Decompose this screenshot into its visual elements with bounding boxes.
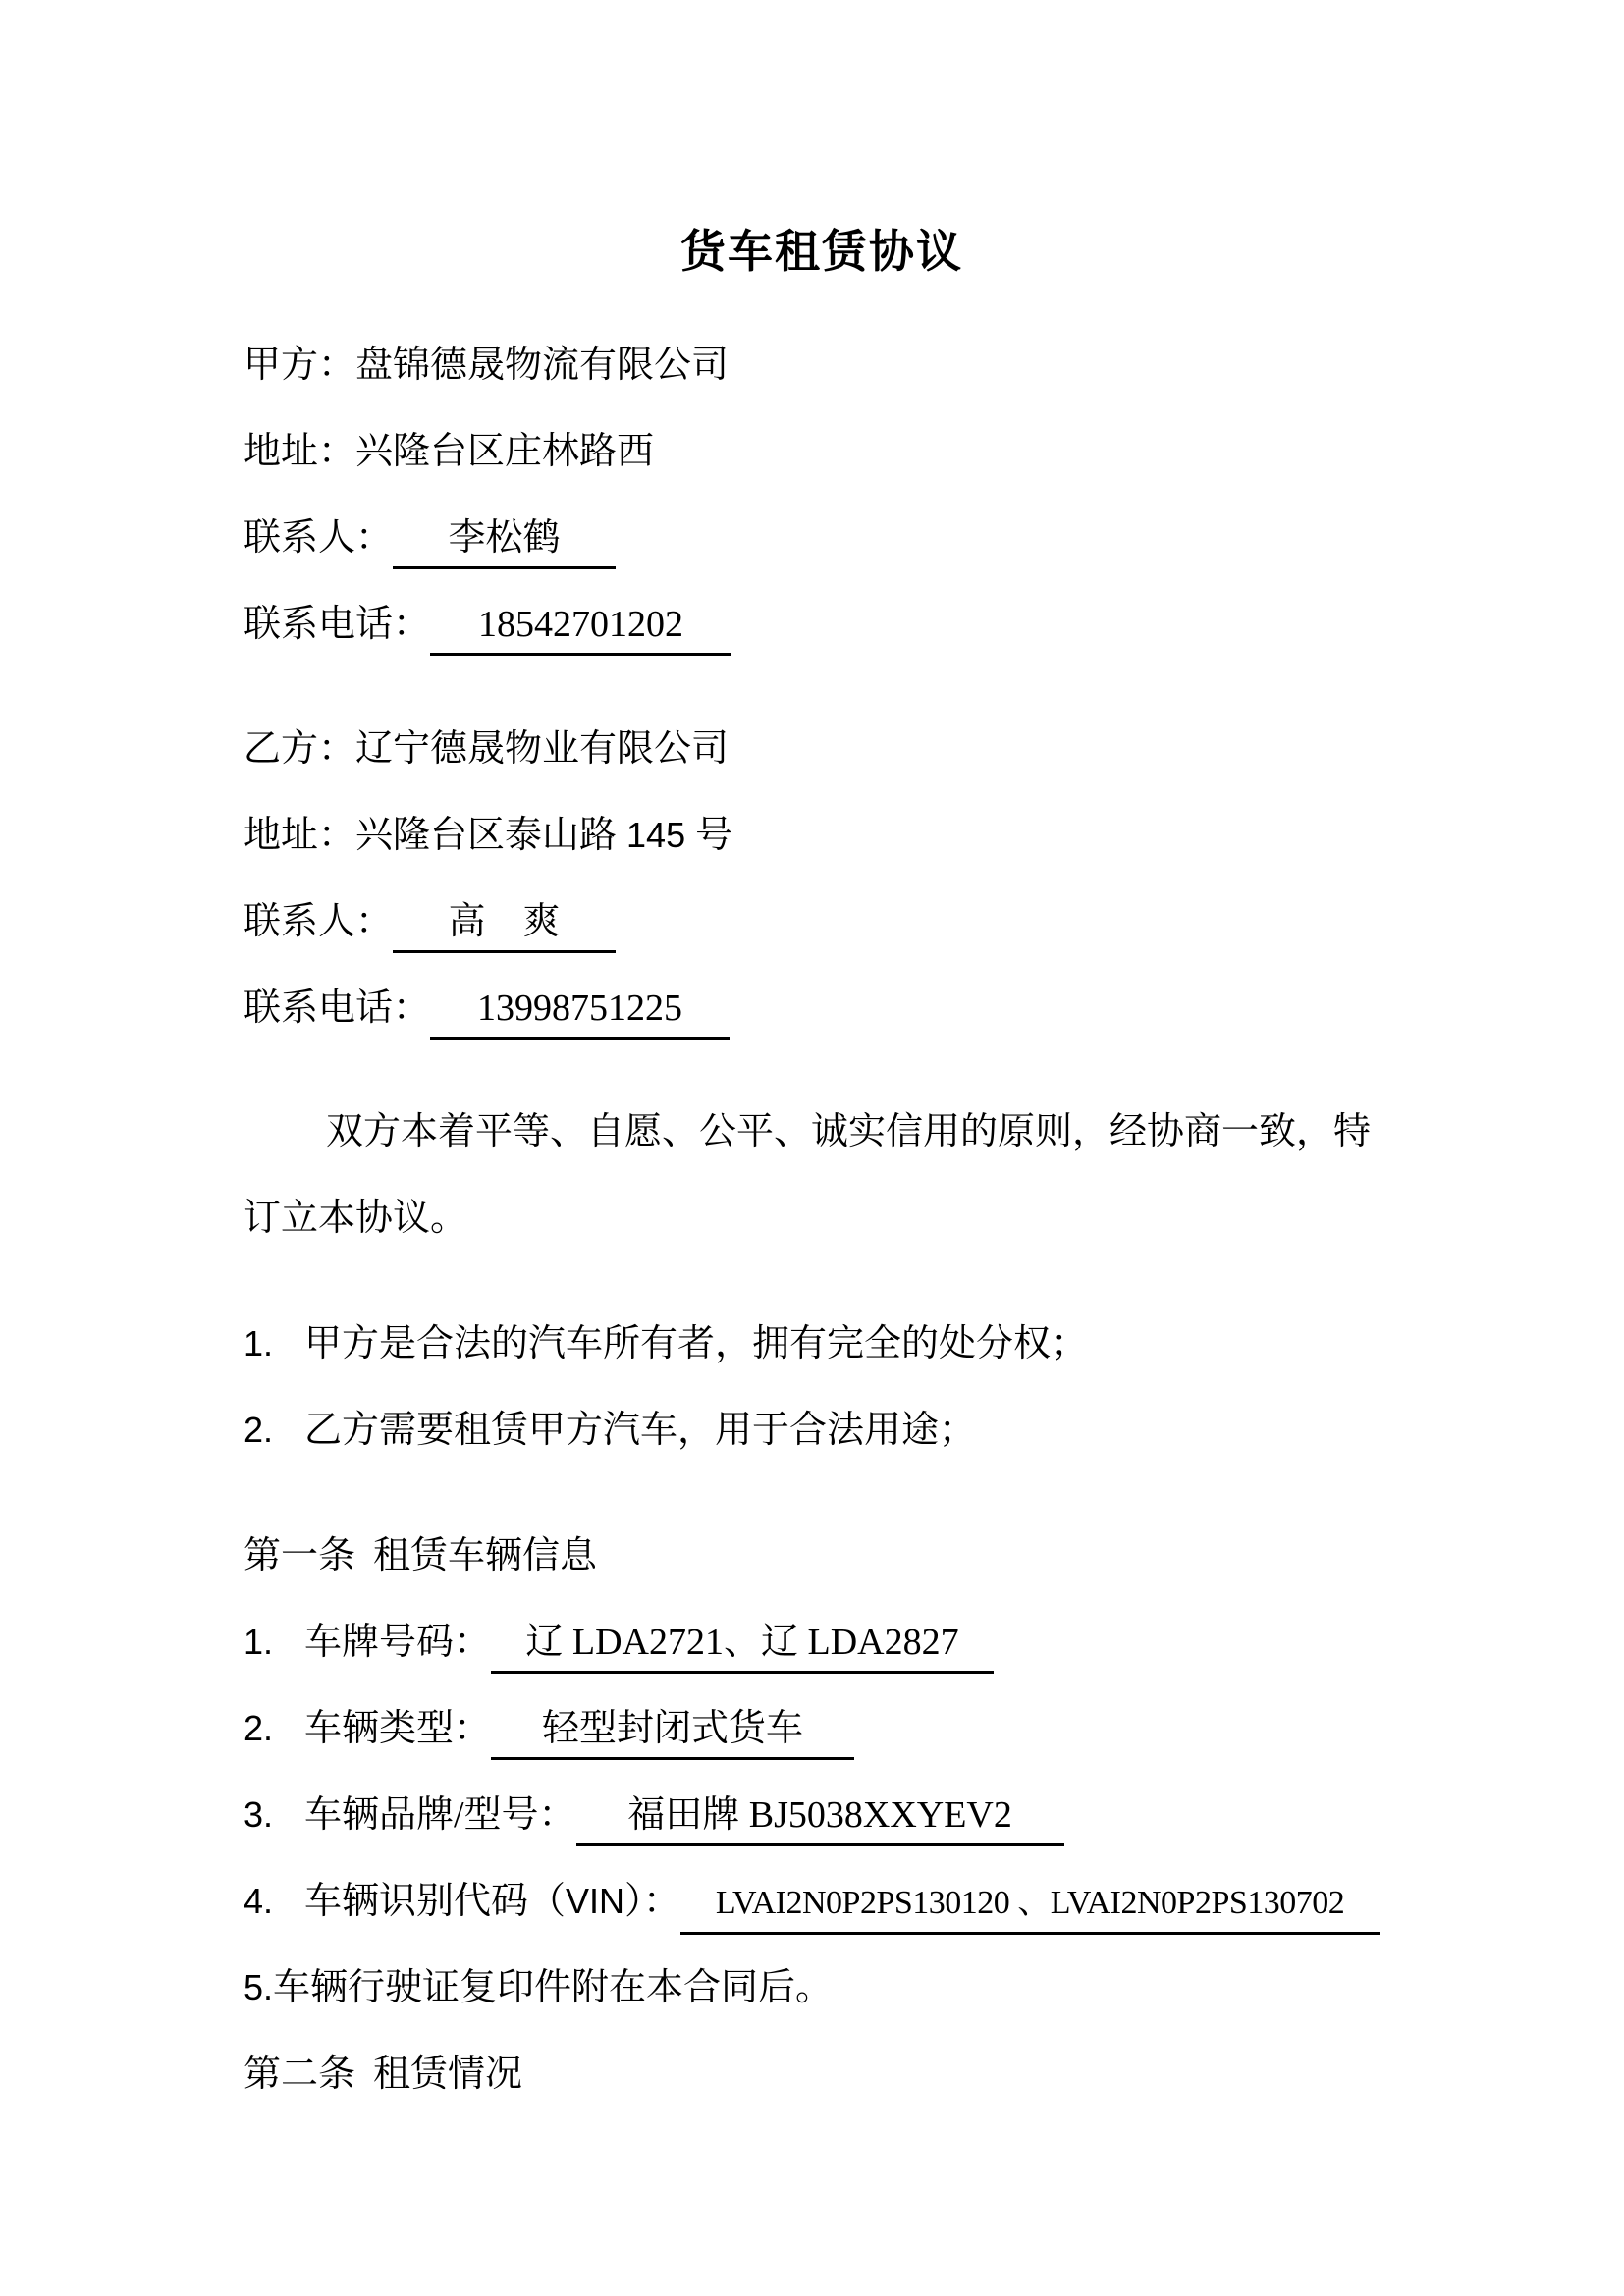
vin-abbreviation: VIN: [566, 1881, 624, 1921]
document-body: 货车租赁协议 甲方：盘锦德晟物流有限公司 地址：兴隆台区庄林路西 联系人：李松鹤…: [0, 226, 1624, 2117]
party-a-contact-label: 联系人：: [244, 517, 393, 559]
item-3-label: 车辆品牌/型号：: [304, 1794, 576, 1836]
party-a-section: 甲方：盘锦德晟物流有限公司 地址：兴隆台区庄林路西 联系人：李松鹤 联系电话：1…: [244, 322, 1400, 667]
vehicle-brand-underline-value: 福田牌 BJ5038XXYEV2: [576, 1794, 1064, 1846]
party-a-role-label: 甲方：: [244, 345, 355, 386]
party-b-phone-label: 联系电话：: [244, 988, 430, 1029]
preamble-paragraph: 双方本着平等、自愿、公平、诚实信用的原则，经协商一致，特 订立本协议。: [244, 1089, 1400, 1261]
vehicle-brand-line: 3.车辆品牌/型号：福田牌 BJ5038XXYEV2: [244, 1772, 1400, 1858]
vehicle-plate-line: 1.车牌号码：辽 LDA2721、辽 LDA2827: [244, 1599, 1400, 1685]
article-1-title: 租赁车辆信息: [373, 1535, 597, 1576]
item-5-number: 5.: [244, 1967, 273, 2007]
item-1-label: 车牌号码：: [304, 1622, 491, 1663]
party-b-role-label: 乙方：: [244, 728, 355, 770]
party-a-company-line: 甲方：盘锦德晟物流有限公司: [244, 322, 1400, 408]
preamble-line-1: 双方本着平等、自愿、公平、诚实信用的原则，经协商一致，特: [244, 1089, 1400, 1175]
vehicle-type-underline-value: 轻型封闭式货车: [491, 1708, 854, 1760]
contract-title: 货车租赁协议: [244, 226, 1400, 279]
party-b-company-name: 辽宁德晟物业有限公司: [355, 728, 729, 770]
recital-2-text: 乙方需要租赁甲方汽车，用于合法用途；: [304, 1410, 976, 1451]
party-b-contact-label: 联系人：: [244, 901, 393, 942]
party-b-address-street: 兴隆台区泰山路: [355, 815, 617, 856]
vehicle-license-copy-line: 5.车辆行驶证复印件附在本合同后。: [244, 1945, 1400, 2031]
party-a-contact-underline-value: 李松鹤: [393, 517, 616, 569]
article-1-items: 1.车牌号码：辽 LDA2721、辽 LDA2827 2.车辆类型：轻型封闭式货…: [244, 1599, 1400, 2031]
party-b-phone-underline-value: 13998751225: [430, 988, 730, 1040]
recital-item-1: 1.甲方是合法的汽车所有者，拥有完全的处分权；: [244, 1301, 1400, 1387]
recital-1-text: 甲方是合法的汽车所有者，拥有完全的处分权；: [304, 1323, 1088, 1364]
recital-2-number: 2.: [244, 1387, 304, 1473]
item-3-number: 3.: [244, 1772, 304, 1858]
party-a-company-name: 盘锦德晟物流有限公司: [355, 345, 729, 386]
party-b-address-label: 地址：: [244, 815, 355, 856]
party-b-address-number: 145: [626, 815, 685, 855]
article-2-title: 租赁情况: [373, 2054, 522, 2095]
item-2-label: 车辆类型：: [304, 1708, 491, 1749]
item-2-number: 2.: [244, 1685, 304, 1772]
party-a-address-label: 地址：: [244, 431, 355, 472]
article-2-heading: 第二条租赁情况: [244, 2031, 1400, 2117]
article-1-heading: 第一条租赁车辆信息: [244, 1513, 1400, 1599]
party-b-contact-line: 联系人：高 爽: [244, 879, 1400, 965]
party-a-phone-underline-value: 18542701202: [430, 604, 731, 656]
article-2-heading-line: 第二条租赁情况: [244, 2031, 1400, 2117]
vehicle-type-line: 2.车辆类型：轻型封闭式货车: [244, 1685, 1400, 1772]
preamble-line-2: 订立本协议。: [244, 1175, 1400, 1261]
plate-number-underline-value: 辽 LDA2721、辽 LDA2827: [491, 1622, 994, 1674]
article-1-number: 第一条: [244, 1535, 355, 1576]
party-b-address-line: 地址：兴隆台区泰山路145号: [244, 792, 1400, 879]
party-b-section: 乙方：辽宁德晟物业有限公司 地址：兴隆台区泰山路145号 联系人：高 爽 联系电…: [244, 706, 1400, 1051]
item-4-label-pre: 车辆识别代码（: [304, 1881, 566, 1922]
article-2-number: 第二条: [244, 2054, 355, 2095]
recital-item-2: 2.乙方需要租赁甲方汽车，用于合法用途；: [244, 1387, 1400, 1473]
party-a-address-line: 地址：兴隆台区庄林路西: [244, 408, 1400, 495]
party-b-contact-underline-value: 高 爽: [393, 901, 616, 953]
party-b-address-suffix: 号: [695, 815, 732, 856]
item-5-text: 车辆行驶证复印件附在本合同后。: [273, 1967, 833, 2008]
party-a-address-value: 兴隆台区庄林路西: [355, 431, 654, 472]
party-a-phone-line: 联系电话：18542701202: [244, 581, 1400, 667]
party-b-phone-line: 联系电话：13998751225: [244, 965, 1400, 1051]
recitals-section: 1.甲方是合法的汽车所有者，拥有完全的处分权； 2.乙方需要租赁甲方汽车，用于合…: [244, 1301, 1400, 1473]
recital-1-number: 1.: [244, 1301, 304, 1387]
party-a-contact-line: 联系人：李松鹤: [244, 495, 1400, 581]
item-4-number: 4.: [244, 1858, 304, 1945]
vin-underline-value: LVAI2N0P2PS130120 、LVAI2N0P2PS130702: [680, 1883, 1380, 1935]
item-1-number: 1.: [244, 1599, 304, 1685]
page: 货车租赁协议 甲方：盘锦德晟物流有限公司 地址：兴隆台区庄林路西 联系人：李松鹤…: [0, 0, 1624, 2296]
vehicle-vin-line: 4.车辆识别代码（VIN）：LVAI2N0P2PS130120 、LVAI2N0…: [244, 1858, 1400, 1945]
item-4-label-post: ）：: [624, 1881, 680, 1922]
party-b-company-line: 乙方：辽宁德晟物业有限公司: [244, 706, 1400, 792]
party-a-phone-label: 联系电话：: [244, 604, 430, 645]
article-1-heading-line: 第一条租赁车辆信息: [244, 1513, 1400, 1599]
